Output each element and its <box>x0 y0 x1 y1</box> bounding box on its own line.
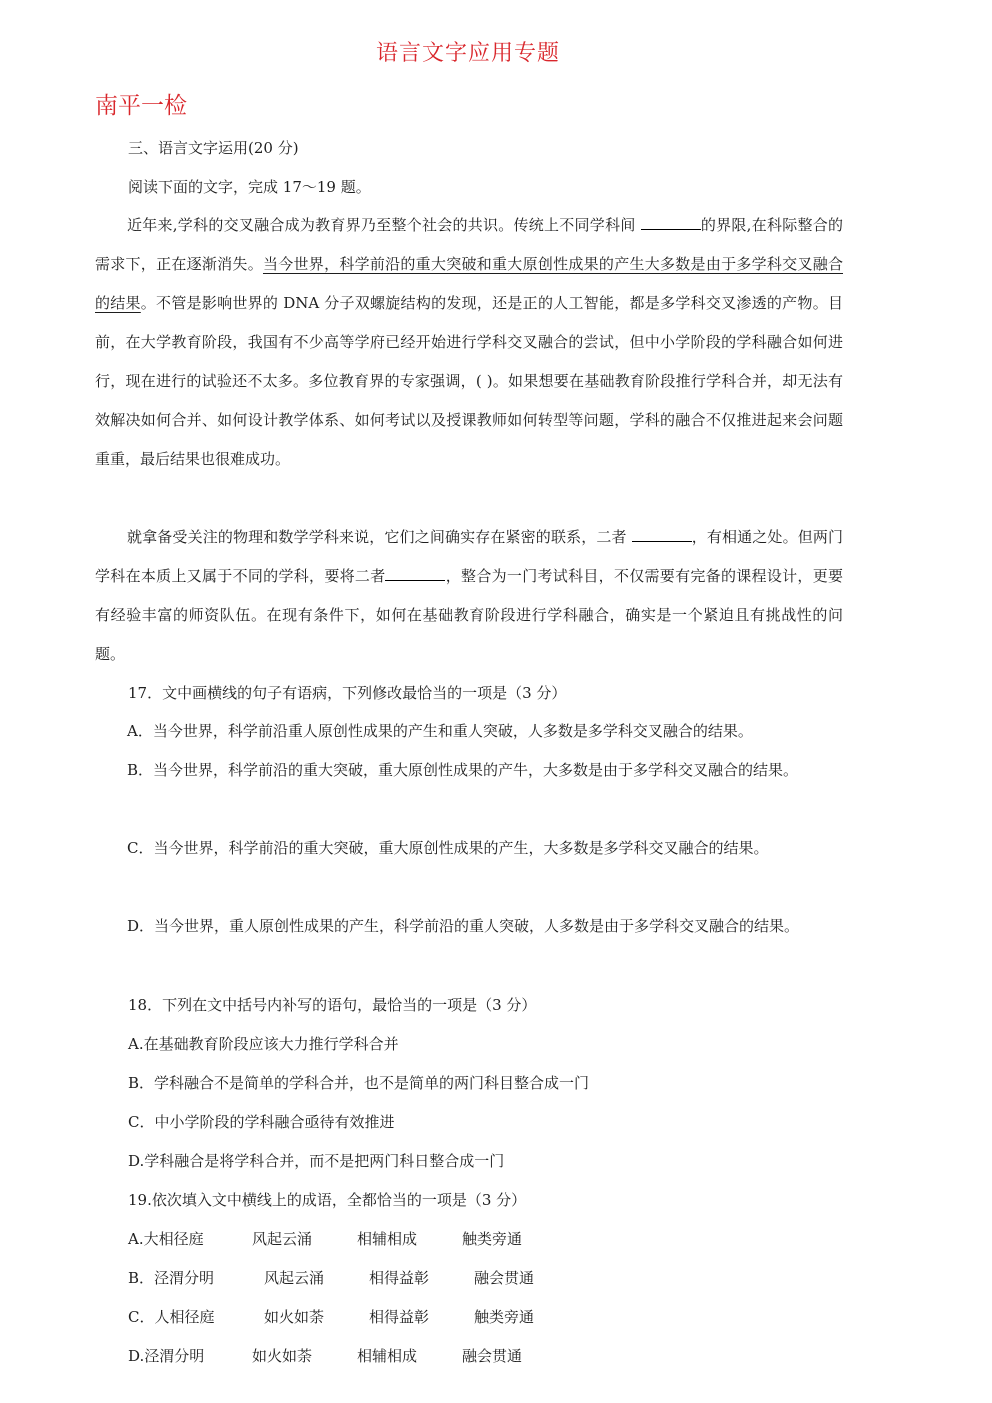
option-label: A. <box>128 1230 144 1248</box>
question-19-option-b: B．泾渭分明 风起云涌 相得益彰 融会贯通 <box>128 1263 876 1293</box>
idiom: 泾渭分明 <box>144 1341 204 1371</box>
idiom: 如火如荼 <box>252 1341 312 1371</box>
question-17-option-b: B．当今世界，科学前沿的重大突破，重大原创性成果的产牛，大多数是由于多学科交叉融… <box>95 751 843 790</box>
idiom: 触类旁通 <box>462 1224 522 1254</box>
fill-blank-2 <box>632 527 692 542</box>
idiom: 相辅相成 <box>357 1341 417 1371</box>
section-title: 南平一检 <box>95 87 187 120</box>
idiom: 触类旁通 <box>474 1302 534 1332</box>
question-19-option-c: C．人相径庭 如火如荼 相得益彰 触类旁通 <box>128 1302 876 1332</box>
idiom: 相得益彰 <box>369 1302 429 1332</box>
question-17-option-d: D．当今世界，重人原创性成果的产生，科学前沿的重人突破，人多数是由于多学科交叉融… <box>95 907 843 946</box>
question-19-option-d: D.泾渭分明 如火如荼 相辅相成 融会贯通 <box>128 1341 876 1371</box>
question-17-option-a: A．当今世界，科学前沿重人原创性成果的产生和重人突破，人多数是多学科交叉融合的结… <box>95 712 843 751</box>
option-label: D. <box>128 1347 144 1365</box>
document-page: 语言文字应用专题 南平一检 三、语言文字运用(20 分) 阅读下面的文字，完成 … <box>0 0 992 1403</box>
passage-paragraph-1: 近年来,学科的交叉融合成为教育界乃至整个社会的共识。传统上不同学科间 的界限,在… <box>95 206 843 479</box>
passage-paragraph-2: 就拿备受关注的物理和数学学科来说，它们之间确实存在紧密的联系，二者 ，有相通之处… <box>95 518 843 674</box>
question-18-option-c: C．中小学阶段的学科融合亟待有效推进 <box>95 1107 843 1137</box>
fill-blank-3 <box>385 566 445 581</box>
question-18-option-d: D.学科融合是将学科合并，而不是把两门科日整合成一门 <box>95 1146 843 1176</box>
idiom: 风起云涌 <box>264 1263 324 1293</box>
idiom: 相辅相成 <box>357 1224 417 1254</box>
idiom: 风起云涌 <box>252 1224 312 1254</box>
idiom: 泾渭分明 <box>154 1263 214 1293</box>
passage-text: 就拿备受关注的物理和数学学科来说，它们之间确实存在紧密的联系，二者 <box>127 528 632 546</box>
question-17-stem: 17．文中画横线的句子有语病，下列修改最恰当的一项是（3 分） <box>95 678 843 708</box>
part-heading: 三、语言文字运用(20 分) <box>95 133 843 163</box>
question-17-option-c: C．当今世界，科学前沿的重大突破，重大原创性成果的产生，大多数是多学科交叉融合的… <box>95 829 843 868</box>
option-label: C． <box>128 1308 154 1326</box>
option-label: B． <box>128 1269 154 1287</box>
idiom: 相得益彰 <box>369 1263 429 1293</box>
reading-instruction: 阅读下面的文字，完成 17～19 题。 <box>95 172 843 202</box>
passage-text: 。不管是影响世界的 DNA 分子双螺旋结构的发现，还是正的人工智能，都是多学科交… <box>95 294 843 468</box>
passage-text: 近年来,学科的交叉融合成为教育界乃至整个社会的共识。传统上不同学科间 <box>127 216 641 234</box>
fill-blank-1 <box>641 215 701 230</box>
idiom: 人相径庭 <box>154 1302 214 1332</box>
idiom: 融会贯通 <box>462 1341 522 1371</box>
document-title: 语言文字应用专题 <box>0 36 936 67</box>
idiom: 大相径庭 <box>144 1224 204 1254</box>
idiom: 融会贯通 <box>474 1263 534 1293</box>
question-18-stem: 18．下列在文中括号内补写的语句，最恰当的一项是（3 分） <box>95 990 843 1020</box>
question-19-option-a: A.大相径庭 风起云涌 相辅相成 触类旁通 <box>128 1224 876 1254</box>
question-18-option-a: A.在基础教育阶段应该大力推行学科合并 <box>95 1029 843 1059</box>
question-18-option-b: B．学科融合不是简单的学科合并，也不是简单的两门科目整合成一门 <box>95 1068 843 1098</box>
question-19-stem: 19.依次填入文中横线上的成语，全都恰当的一项是（3 分） <box>95 1185 843 1215</box>
idiom: 如火如荼 <box>264 1302 324 1332</box>
